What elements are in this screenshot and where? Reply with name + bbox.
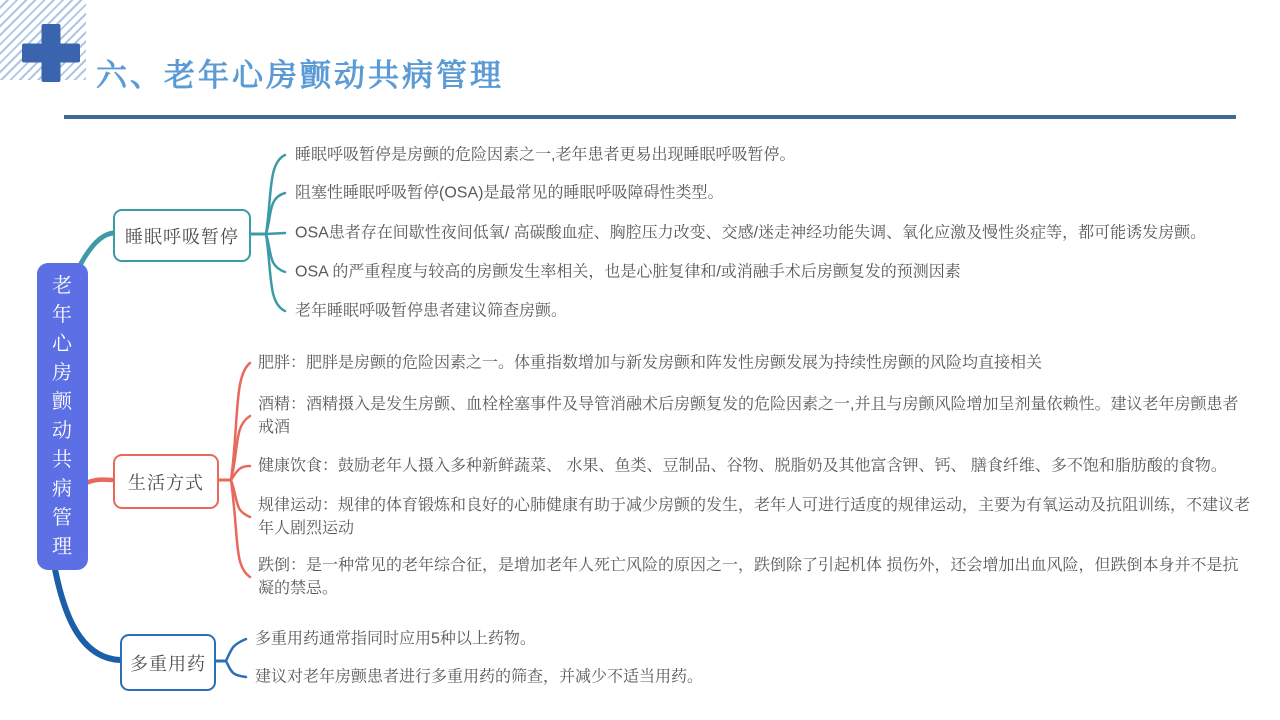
root-node: 老年心房颤动共病管理: [37, 263, 88, 570]
branch-node-label: 多重用药: [130, 650, 206, 676]
branch-node-sleep-apnea: 睡眠呼吸暂停: [113, 209, 251, 262]
branch-node-label: 睡眠呼吸暂停: [125, 223, 239, 249]
sleep-branch-item-2: 阻塞性睡眠呼吸暂停(OSA)是最常见的睡眠呼吸障碍性类型。: [295, 182, 723, 205]
polypharmacy-branch-item-2: 建议对老年房颤患者进行多重用药的筛查，并减少不适当用药。: [255, 666, 703, 689]
branch-node-lifestyle: 生活方式: [113, 454, 219, 509]
lifestyle-branch-trunk: [86, 480, 114, 483]
polypharmacy-leaf-line-1: [226, 639, 246, 661]
lifestyle-branch-item-4: 规律运动：规律的体育锻炼和良好的心肺健康有助于减少房颤的发生，老年人可进行适度的…: [258, 494, 1250, 540]
sleep-leaf-line-3: [266, 233, 285, 234]
branch-node-polypharmacy: 多重用药: [120, 634, 216, 691]
lifestyle-leaf-line-5: [231, 480, 250, 577]
polypharmacy-leaf-line-2: [226, 661, 246, 677]
lifestyle-branch-item-5: 跌倒：是一种常见的老年综合征，是增加老年人死亡风险的原因之一，跌倒除了引起机体 …: [258, 554, 1250, 600]
sleep-branch-item-5: 老年睡眠呼吸暂停患者建议筛查房颤。: [295, 300, 567, 323]
root-node-label: 老年心房颤动共病管理: [52, 272, 74, 562]
sleep-branch-item-3: OSA患者存在间歇性夜间低氧/ 高碳酸血症、胸腔压力改变、交感/迷走神经功能失调…: [295, 222, 1206, 245]
lifestyle-branch-item-2: 酒精：酒精摄入是发生房颤、血栓栓塞事件及导管消融术后房颤复发的危险因素之一,并且…: [258, 393, 1250, 439]
lifestyle-branch-item-1: 肥胖：肥胖是房颤的危险因素之一。体重指数增加与新发房颤和阵发性房颤发展为持续性房…: [258, 352, 1042, 375]
sleep-branch-item-4: OSA 的严重程度与较高的房颤发生率相关，也是心脏复律和/或消融手术后房颤复发的…: [295, 261, 961, 284]
lifestyle-branch-item-3: 健康饮食：鼓励老年人摄入多种新鲜蔬菜、 水果、鱼类、豆制品、谷物、脱脂奶及其他富…: [258, 455, 1227, 478]
polypharmacy-branch-item-1: 多重用药通常指同时应用5种以上药物。: [255, 628, 536, 651]
branch-node-label: 生活方式: [128, 469, 204, 495]
sleep-branch-item-1: 睡眠呼吸暂停是房颤的危险因素之一,老年患者更易出现睡眠呼吸暂停。: [295, 144, 795, 167]
